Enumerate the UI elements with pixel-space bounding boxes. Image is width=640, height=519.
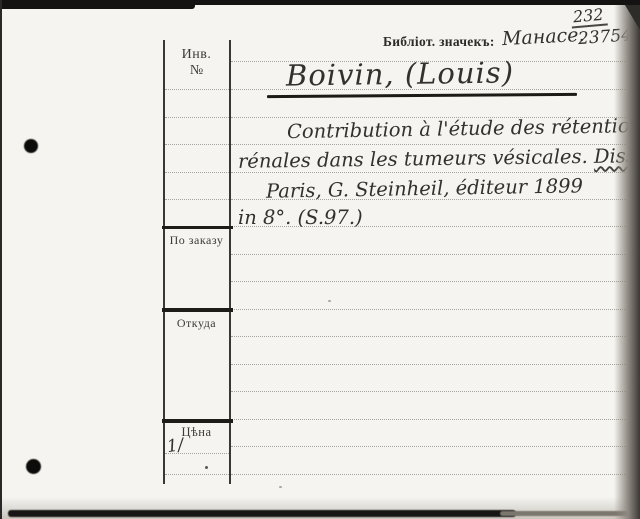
section-divider-price bbox=[162, 419, 233, 423]
punch-hole-bottom bbox=[26, 459, 41, 474]
scan-speck bbox=[279, 486, 282, 488]
scan-right-edge bbox=[614, 0, 640, 519]
section-divider-origin bbox=[162, 308, 233, 312]
inventory-label: Инв. bbox=[163, 47, 230, 63]
scan-bottom-edge bbox=[8, 510, 516, 517]
origin-label: Откуда bbox=[163, 316, 230, 331]
author-heading: Boivin, (Louis) bbox=[286, 55, 514, 92]
order-label: По заказу bbox=[163, 233, 230, 248]
price-handwritten-value: 1/ bbox=[166, 435, 185, 457]
corner-page-number: 232 bbox=[570, 4, 607, 28]
section-divider-order bbox=[162, 226, 233, 229]
inventory-number-sign: № bbox=[163, 63, 230, 79]
library-mark-label: Библіот. значекъ: bbox=[383, 34, 495, 50]
author-heading-underline bbox=[267, 93, 577, 98]
scan-top-left-edge bbox=[0, 0, 195, 9]
format-line: in 8°. (S.97.) bbox=[238, 206, 363, 229]
title-line-2-text: rénales dans les tumeurs vésicales. bbox=[238, 145, 594, 173]
title-line-2: rénales dans les tumeurs vésicales. Diss… bbox=[238, 144, 640, 173]
scan-bottom-edge-right bbox=[500, 511, 630, 516]
punch-hole-top bbox=[24, 139, 38, 153]
column-right-border bbox=[229, 40, 231, 484]
title-line-1: Contribution à l'étude des rétentions bbox=[287, 114, 640, 143]
column-left-border bbox=[163, 40, 165, 484]
scan-speck bbox=[328, 300, 331, 302]
scan-left-edge bbox=[0, 0, 2, 519]
scan-speck bbox=[205, 466, 208, 469]
catalog-card-scan: Инв. № По заказу Откуда Цѣна 1/ Библіот.… bbox=[0, 0, 640, 519]
